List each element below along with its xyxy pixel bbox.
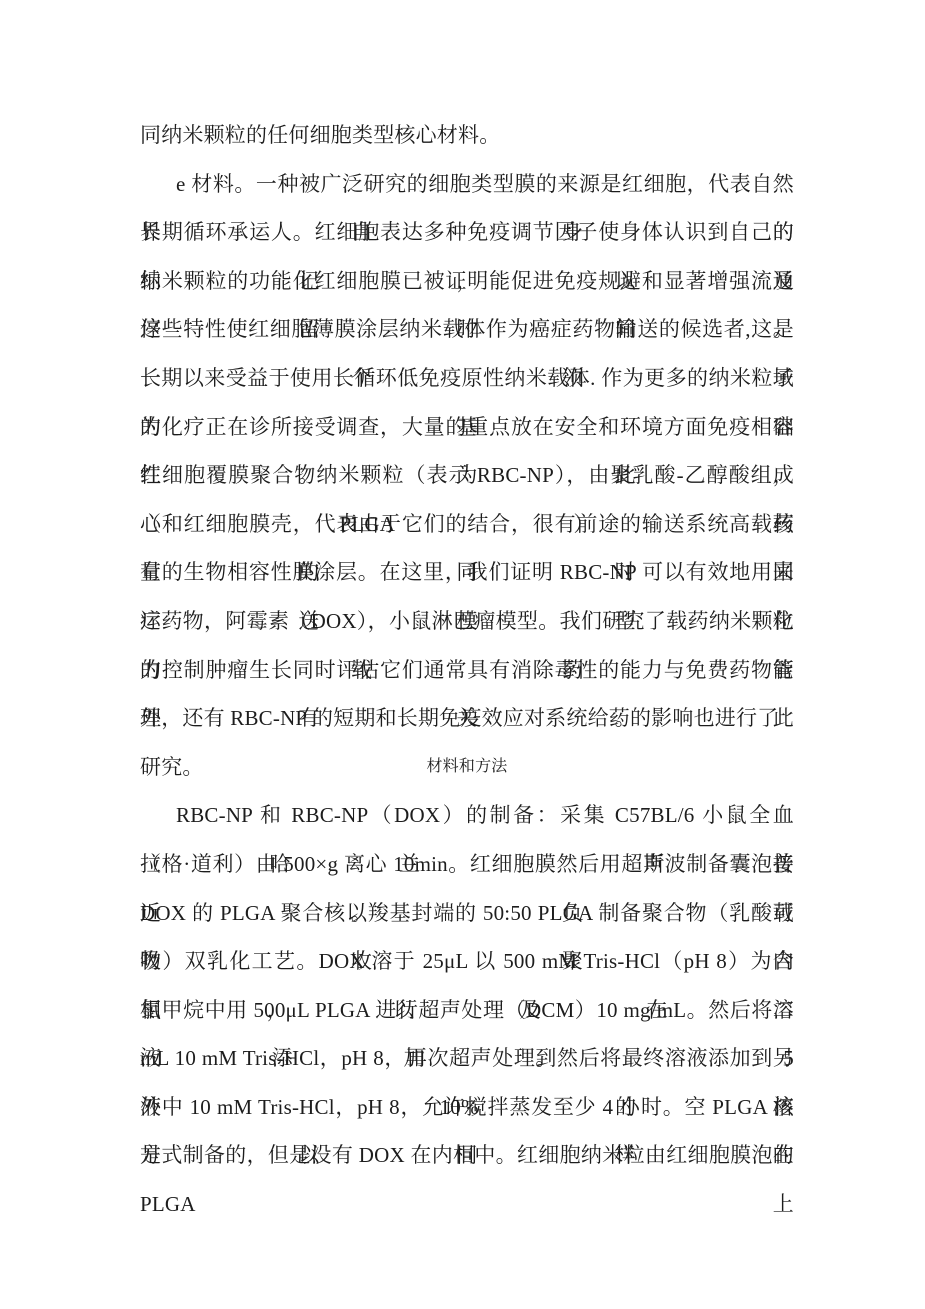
text-line: 红细胞覆膜聚合物纳米颗粒（表示 RBC-NP），由聚乳酸-乙醇酸组成（PLGA）… [140,451,794,500]
paragraph-last-line: 同纳米颗粒的任何细胞类型核心材料。 [140,111,794,160]
text-line: 有的生物相容性膜涂层。在这里，我们证明 RBC-NP 可以有效地用来运送模型化 [140,548,794,597]
text-line: 方式制备的，但是没有 DOX 在内相中。红细胞纳米粒由红细胞膜泡在 PLGA 上 [140,1131,794,1180]
text-line: 氯甲烷中用 500μL PLGA 进行超声处理（DCM）10 mg/mL。然后将… [140,986,794,1035]
paragraph-first-line: e 材料。一种被广泛研究的细胞类型膜的来源是红细胞，代表自然界自身的 [140,160,794,209]
text-line: DOX 的 PLGA 聚合核以羧基封端的 50:50 PLGA 制备聚合物（乳酸… [140,889,794,938]
document-text-block: 同纳米颗粒的任何细胞类型核心材料。e 材料。一种被广泛研究的细胞类型膜的来源是红… [140,111,794,1180]
text-line: 长期循环承运人。红细胞表达多种免疫调节因子使身体认识到自己的标记，以及 [140,208,794,257]
paragraph-first-line: RBC-NP 和 RBC-NP（DOX）的制备：采集 C57BL/6 小鼠全血（… [140,791,794,840]
text-line: 拉格·道利）由 500×g 离心 10min。红细胞膜然后用超声波制备囊泡接近。… [140,840,794,889]
text-line: 纳米颗粒的功能化红细胞膜已被证明能促进免疫规避和显著增强流通停留时间。 [140,257,794,306]
text-line: 的化疗正在诊所接受调查，大量的重点放在安全和环境方面免疫相容性。为此， [140,403,794,452]
document-page: 同纳米颗粒的任何细胞类型核心材料。e 材料。一种被广泛研究的细胞类型膜的来源是红… [0,0,925,1309]
text-line: 心和红细胞膜壳，代表由于它们的结合，很有前途的输送系统高载药量的同时固 [140,500,794,549]
text-line: mL 10 mM Tris-HCl，pH 8，再次超声处理。然后将最终溶液添加到… [140,1034,794,1083]
text-line: 液中 10 mM Tris-HCl，pH 8，允许搅拌蒸发至少 4 小时。空 P… [140,1083,794,1132]
text-line: 疗药物，阿霉素（DOX），小鼠淋巴瘤模型。我们研究了载药纳米颗粒的载药能 [140,597,794,646]
section-heading: 材料和方法 [140,743,794,792]
text-line: 长期以来受益于使用长循环低免疫原性纳米载体. 作为更多的纳米粒子为基础 [140,354,794,403]
text-line: 这些特性使红细胞薄膜涂层纳米载体作为癌症药物输送的候选者,这是一个领域 [140,305,794,354]
paragraph-last-line: 外，还有 RBC-NP 的短期和长期免疫效应对系统给药的影响也进行了研究。 [140,694,794,743]
text-line: 力控制肿瘤生长同时评估它们通常具有消除毒性的能力与免费药物管理有关。此 [140,646,794,695]
text-line: 物）双乳化工艺。DOX 溶于 25μL 以 500 mM Tris-HCl（pH… [140,937,794,986]
